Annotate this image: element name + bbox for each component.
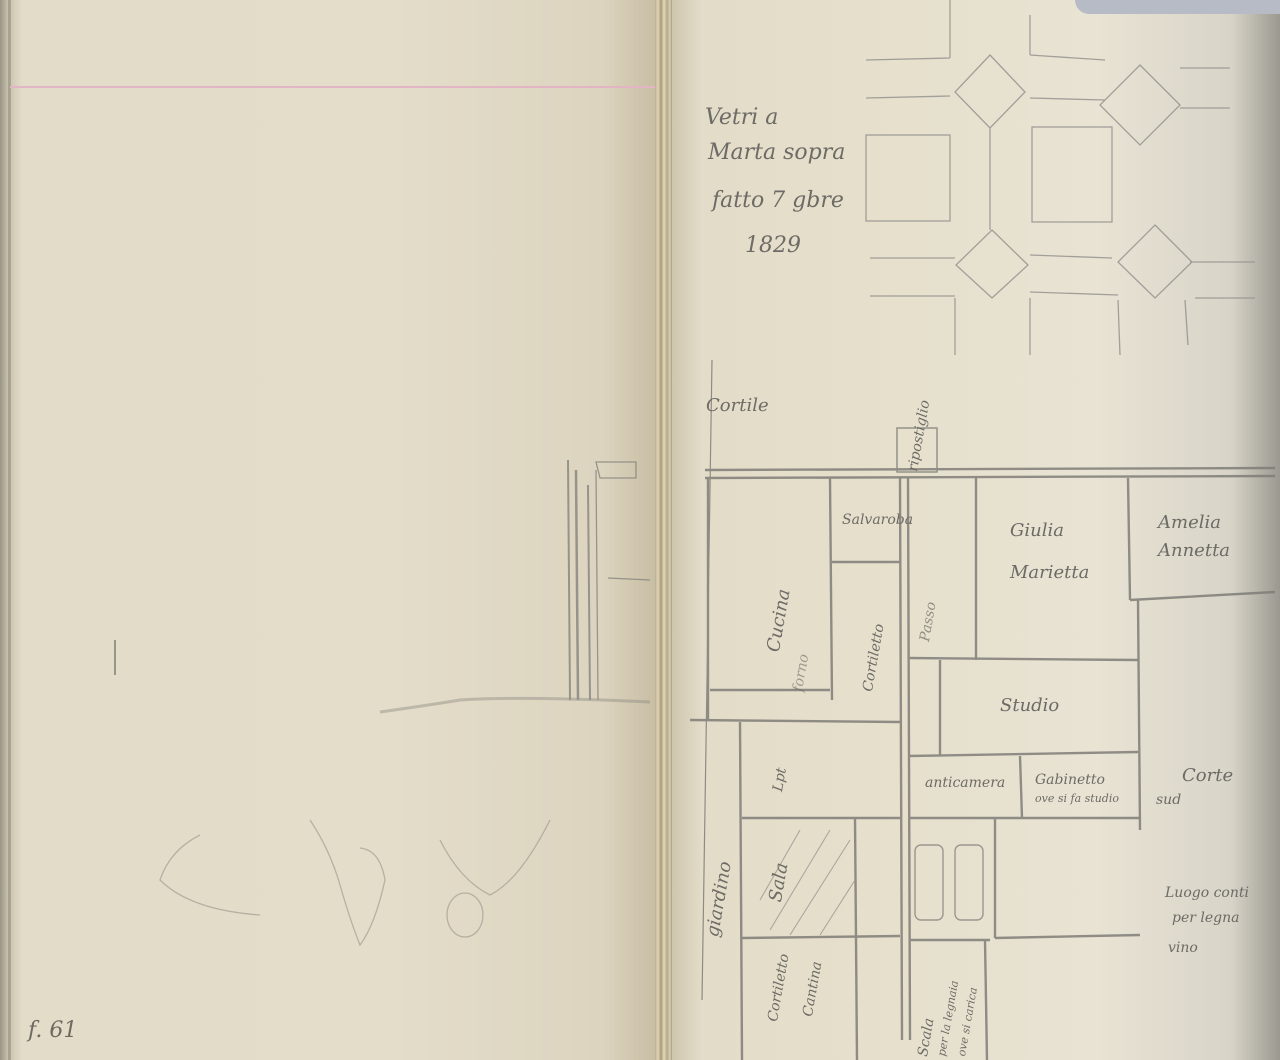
label-amelia: Amelia (1158, 512, 1221, 533)
label-gabinetto: Gabinetto (1035, 772, 1105, 788)
label-vino: vino (1168, 940, 1198, 956)
label-anticamera: anticamera (925, 775, 1005, 791)
label-marietta: Marietta (1010, 562, 1089, 583)
ceiling-coffer-pattern (866, 0, 1255, 355)
note-line-4: 1829 (745, 233, 801, 258)
pencil-drawings (0, 0, 1280, 1060)
label-giulia: Giulia (1010, 520, 1064, 541)
label-studio: Studio (1000, 695, 1059, 716)
label-corte: Corte (1182, 765, 1233, 786)
sketchbook-spread: f. 61 (0, 0, 1280, 1060)
label-cortile: Cortile (706, 395, 769, 416)
figure-sketches (160, 820, 550, 945)
label-salvaroba: Salvaroba (842, 512, 913, 528)
label-legna: per legna (1172, 910, 1239, 926)
stair-sketch (915, 845, 983, 920)
label-annetta: Annetta (1158, 540, 1230, 561)
tall-columns-sketch (115, 460, 650, 712)
note-line-2: Marta sopra (708, 140, 845, 165)
label-gabinetto-note: ove si fa studio (1035, 792, 1119, 805)
label-corte-sud: sud (1156, 792, 1181, 808)
note-line-3: fatto 7 gbre (712, 188, 844, 213)
label-luogo: Luogo conti (1165, 885, 1249, 901)
note-line-1: Vetri a (705, 105, 778, 130)
